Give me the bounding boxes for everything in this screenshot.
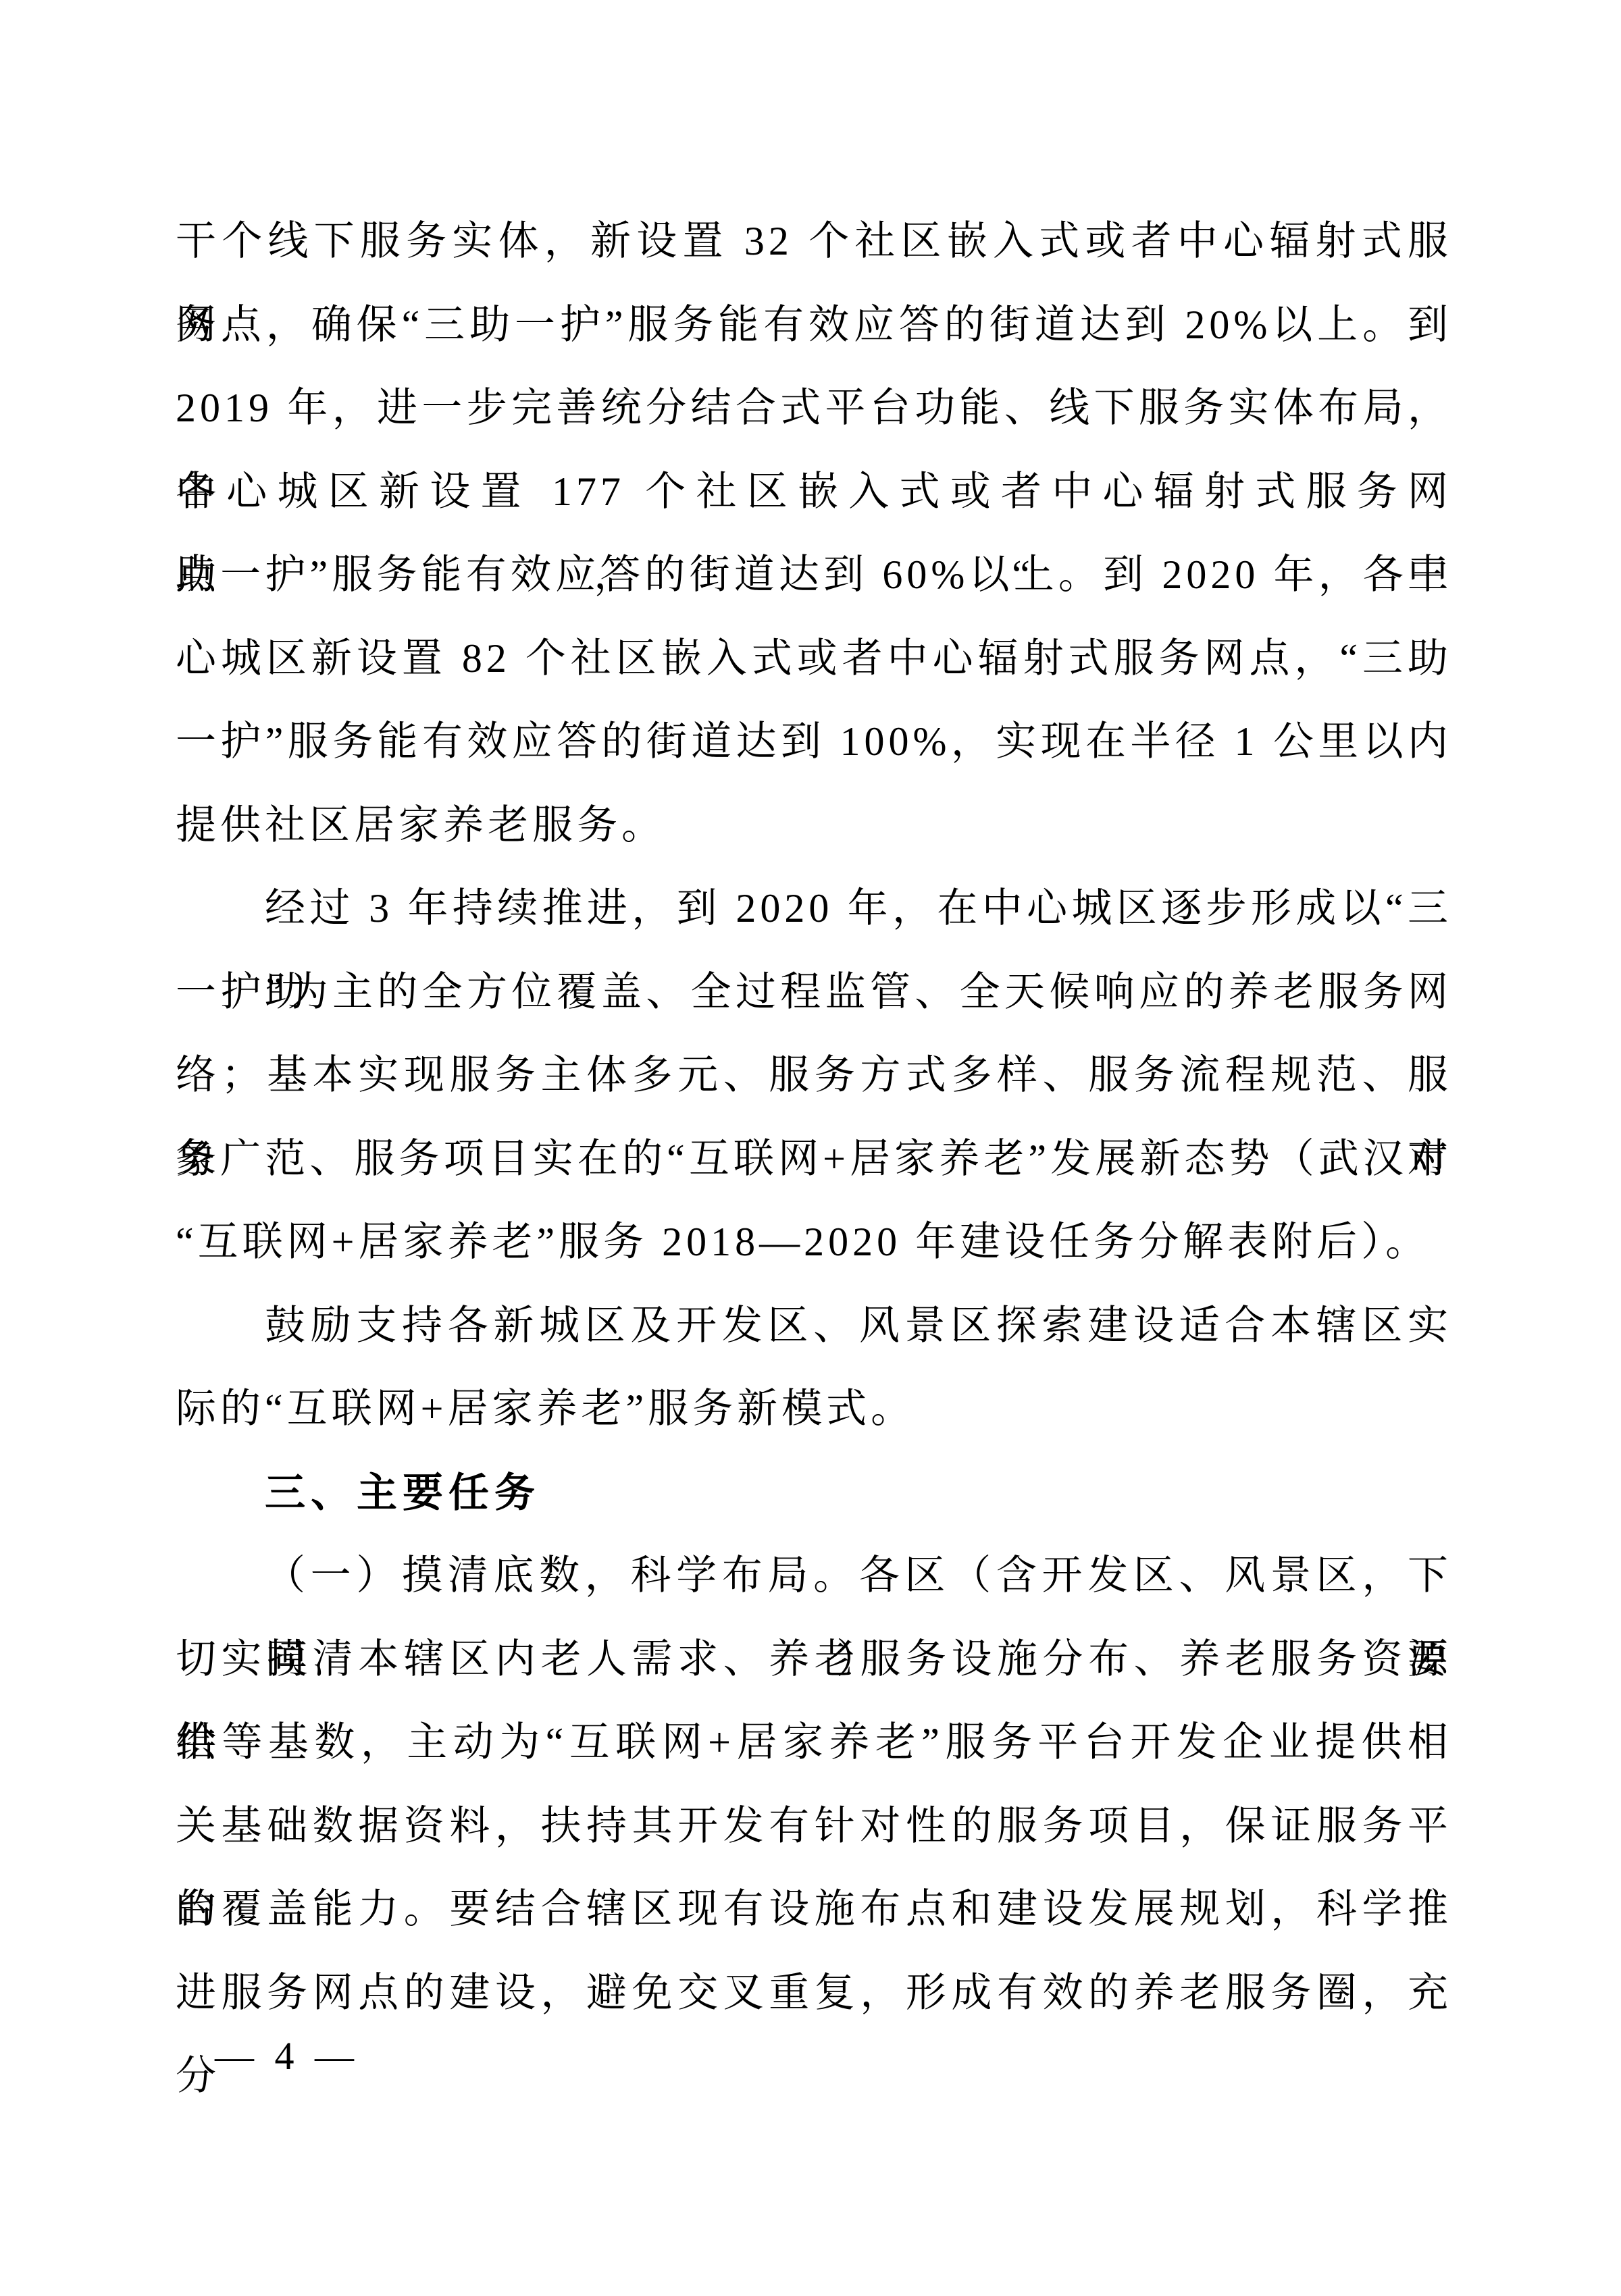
text-line: 干个线下服务实体，新设置 32 个社区嵌入式或者中心辐射式服务	[176, 200, 1452, 284]
text-line: 网点，确保“三助一护”服务能有效应答的街道达到 20%以上。到	[176, 284, 1452, 367]
text-line: 助一护”服务能有效应答的街道达到 60%以上。到 2020 年，各中	[176, 533, 1452, 617]
page-number: — 4 —	[215, 2034, 359, 2078]
text-line: 象广范、服务项目实在的“互联网+居家养老”发展新态势（武汉市	[176, 1118, 1452, 1201]
document-body: 干个线下服务实体，新设置 32 个社区嵌入式或者中心辐射式服务网点，确保“三助一…	[176, 200, 1452, 2035]
text-line: 络；基本实现服务主体多元、服务方式多样、服务流程规范、服务对	[176, 1034, 1452, 1118]
text-line: 一护”为主的全方位覆盖、全过程监管、全天候响应的养老服务网	[176, 951, 1452, 1035]
section-heading: 三、主要任务	[176, 1451, 1452, 1535]
text-line: 际的“互联网+居家养老”服务新模式。	[176, 1367, 1452, 1451]
text-line: 一护”服务能有效应答的街道达到 100%，实现在半径 1 公里以内	[176, 700, 1452, 784]
document-page: 干个线下服务实体，新设置 32 个社区嵌入式或者中心辐射式服务网点，确保“三助一…	[0, 0, 1621, 2296]
text-line: 鼓励支持各新城区及开发区、风景区探索建设适合本辖区实	[176, 1284, 1452, 1368]
text-line: “互联网+居家养老”服务 2018—2020 年建设任务分解表附后）。	[176, 1201, 1452, 1284]
text-line: 2019 年，进一步完善统分结合式平台功能、线下服务实体布局，各	[176, 367, 1452, 450]
text-line: 关基础数据资料，扶持其开发有针对性的服务项目，保证服务平台	[176, 1785, 1452, 1869]
text-line: 提供社区居家养老服务。	[176, 784, 1452, 868]
text-line: 中心城区新设置 177 个社区嵌入式或者中心辐射式服务网点，“三	[176, 450, 1452, 534]
text-line: 给等基数，主动为“互联网+居家养老”服务平台开发企业提供相	[176, 1701, 1452, 1785]
text-line: 心城区新设置 82 个社区嵌入式或者中心辐射式服务网点，“三助	[176, 617, 1452, 701]
text-line: （一）摸清底数，科学布局。各区（含开发区、风景区，下同）要	[176, 1534, 1452, 1618]
text-line: 切实摸清本辖区内老人需求、养老服务设施分布、养老服务资源供	[176, 1618, 1452, 1702]
text-line: 进服务网点的建设，避免交叉重复，形成有效的养老服务圈，充分	[176, 1952, 1452, 2035]
text-line: 经过 3 年持续推进，到 2020 年，在中心城区逐步形成以“三助	[176, 867, 1452, 951]
text-line: 的覆盖能力。要结合辖区现有设施布点和建设发展规划，科学推	[176, 1868, 1452, 1952]
page-footer: — 4 —	[215, 2033, 359, 2080]
